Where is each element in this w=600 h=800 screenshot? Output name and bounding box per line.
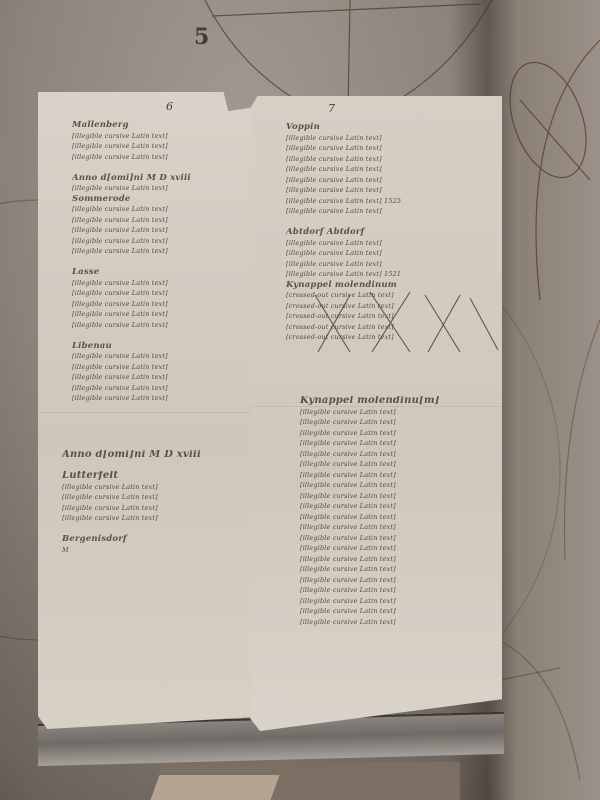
wall-numeral: 5	[194, 24, 209, 50]
section-heading: Libenau	[72, 341, 262, 352]
text-line: [illegible cursive Latin text]	[72, 288, 262, 299]
section-heading: Anno d[omi]ni M D xviii	[72, 173, 262, 184]
text-line: [illegible cursive Latin text]	[300, 543, 490, 554]
text-line: [illegible cursive Latin text]	[300, 407, 490, 418]
text-line: [illegible cursive Latin text]	[300, 480, 490, 491]
text-line: [illegible cursive Latin text]	[300, 533, 490, 544]
text-line: [illegible cursive Latin text]	[286, 248, 486, 259]
text-line: [illegible cursive Latin text]	[72, 362, 262, 373]
text-line: [illegible cursive Latin text] 1521	[286, 269, 486, 280]
text-line: [illegible cursive Latin text]	[72, 309, 262, 320]
left-leaf-lower-text: Anno d[omi]ni M D xviii Lutterfelt [ille…	[62, 450, 262, 555]
text-line: M	[62, 545, 262, 556]
text-line: [illegible cursive Latin text]	[72, 225, 262, 236]
text-line: [illegible cursive Latin text]	[300, 617, 490, 628]
text-line: [illegible cursive Latin text]	[72, 278, 262, 289]
text-line: [illegible cursive Latin text]	[72, 320, 262, 331]
manuscript-leaf-right: 7 Voppin [illegible cursive Latin text] …	[250, 96, 502, 731]
text-line: [illegible cursive Latin text]	[72, 183, 262, 194]
text-line: [illegible cursive Latin text]	[62, 503, 262, 514]
text-line: [illegible cursive Latin text]	[300, 449, 490, 460]
text-line: [illegible cursive Latin text]	[72, 236, 262, 247]
text-line: [illegible cursive Latin text]	[72, 383, 262, 394]
text-line: [illegible cursive Latin text]	[300, 428, 490, 439]
text-line: [illegible cursive Latin text]	[72, 246, 262, 257]
text-line: [illegible cursive Latin text]	[300, 554, 490, 565]
text-line: [illegible cursive Latin text] 1525	[286, 196, 486, 207]
text-line: [illegible cursive Latin text]	[300, 585, 490, 596]
text-line: [illegible cursive Latin text]	[72, 141, 262, 152]
text-line: [illegible cursive Latin text]	[62, 492, 262, 503]
text-line: [illegible cursive Latin text]	[286, 154, 486, 165]
text-line: [illegible cursive Latin text]	[300, 491, 490, 502]
section-heading: Sommerode	[72, 194, 262, 205]
folio-mark-right: 7	[328, 102, 335, 115]
text-line: [illegible cursive Latin text]	[300, 438, 490, 449]
text-line: [illegible cursive Latin text]	[72, 299, 262, 310]
text-line: [illegible cursive Latin text]	[72, 393, 262, 404]
fold-line	[38, 412, 270, 413]
right-leaf-lower-text: Kynappel molendinu[m] [illegible cursive…	[300, 396, 490, 627]
text-line: [illegible cursive Latin text]	[300, 575, 490, 586]
text-line: [illegible cursive Latin text]	[286, 164, 486, 175]
text-line: [illegible cursive Latin text]	[286, 143, 486, 154]
text-line: [illegible cursive Latin text]	[286, 133, 486, 144]
section-heading: Anno d[omi]ni M D xviii	[62, 450, 262, 461]
text-line: [illegible cursive Latin text]	[300, 596, 490, 607]
section-heading: Abtdorf Abtdorf	[286, 227, 486, 238]
text-line: [illegible cursive Latin text]	[300, 606, 490, 617]
text-line: [illegible cursive Latin text]	[62, 482, 262, 493]
cardboard-box	[150, 775, 279, 800]
text-line: [illegible cursive Latin text]	[300, 522, 490, 533]
text-line: [illegible cursive Latin text]	[72, 372, 262, 383]
text-line: [illegible cursive Latin text]	[300, 501, 490, 512]
text-line: [illegible cursive Latin text]	[286, 175, 486, 186]
section-heading-crossed: Kynappel molendinum	[286, 280, 486, 291]
text-line: [illegible cursive Latin text]	[72, 351, 262, 362]
text-line: [illegible cursive Latin text]	[72, 204, 262, 215]
section-heading: Voppin	[286, 122, 486, 133]
text-line: [illegible cursive Latin text]	[286, 259, 486, 270]
section-heading: Lasse	[72, 267, 262, 278]
text-line: [illegible cursive Latin text]	[286, 238, 486, 249]
left-leaf-text: Mallenberg [illegible cursive Latin text…	[72, 120, 262, 404]
text-line: [illegible cursive Latin text]	[286, 185, 486, 196]
cross-out-strokes	[310, 290, 500, 355]
text-line: [illegible cursive Latin text]	[300, 470, 490, 481]
section-heading: Bergenisdorf	[62, 534, 262, 545]
text-line: [illegible cursive Latin text]	[300, 564, 490, 575]
text-line: [illegible cursive Latin text]	[300, 417, 490, 428]
text-line: [illegible cursive Latin text]	[72, 152, 262, 163]
text-line: [illegible cursive Latin text]	[286, 206, 486, 217]
section-heading: Kynappel molendinu[m]	[300, 396, 490, 407]
folio-mark-left: 6	[166, 100, 173, 113]
text-line: [illegible cursive Latin text]	[300, 512, 490, 523]
text-line: [illegible cursive Latin text]	[72, 215, 262, 226]
text-line: [illegible cursive Latin text]	[300, 459, 490, 470]
section-heading: Lutterfelt	[62, 471, 262, 482]
text-line: [illegible cursive Latin text]	[62, 513, 262, 524]
section-heading: Mallenberg	[72, 120, 262, 131]
manuscript-leaf-left: 6 Mallenberg [illegible cursive Latin te…	[38, 92, 270, 729]
text-line: [illegible cursive Latin text]	[72, 131, 262, 142]
